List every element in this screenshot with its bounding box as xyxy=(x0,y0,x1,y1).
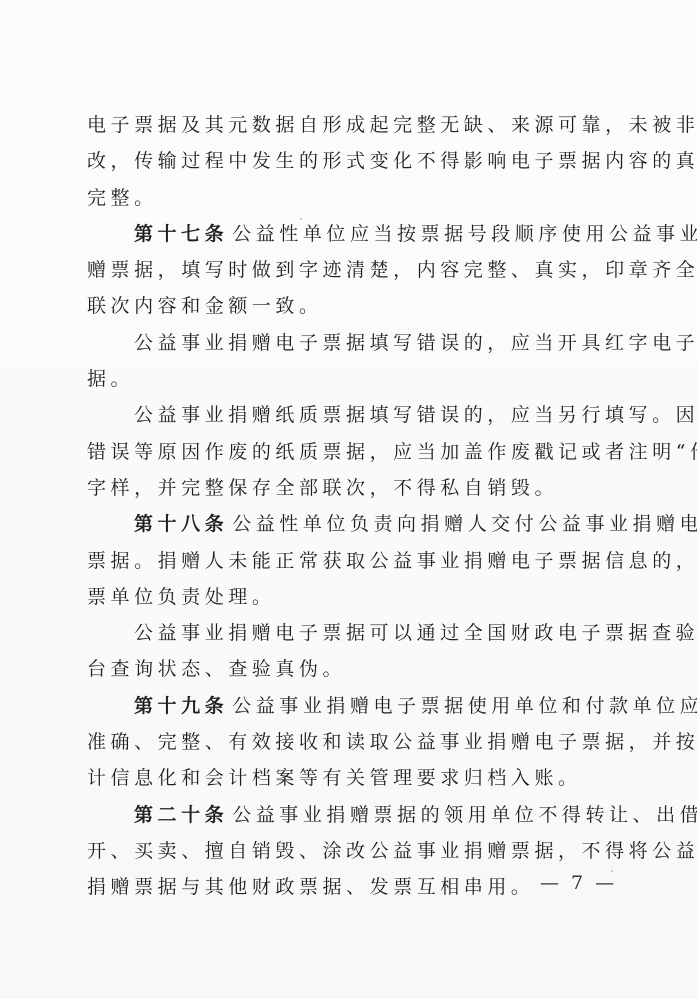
text-line: 改，传输过程中发生的形式变化不得影响电子票据内容的真实、 xyxy=(87,143,617,179)
line-text: 据。 xyxy=(87,368,134,390)
text-line-article-19: 第十九条公益事业捐赠电子票据使用单位和付款单位应当 xyxy=(87,688,617,724)
line-text: 公益事业捐赠电子票据可以通过全国财政电子票据查验平 xyxy=(134,622,697,644)
line-text: 公益性单位负责向捐赠人交付公益事业捐赠电子 xyxy=(232,513,697,535)
text-line: 公益事业捐赠电子票据可以通过全国财政电子票据查验平 xyxy=(87,615,617,651)
text-line: 字样，并完整保存全部联次，不得私自销毁。 xyxy=(87,470,617,506)
text-line-article-17: 第十七条公益性单位应当按票据号段顺序使用公益事业捐 xyxy=(87,216,617,252)
scan-speck xyxy=(611,870,613,872)
article-heading: 第十八条 xyxy=(134,513,228,535)
text-line: 开、买卖、擅自销毁、涂改公益事业捐赠票据，不得将公益事业 xyxy=(87,833,617,869)
line-text: 赠票据，填写时做到字迹清楚，内容完整、真实，印章齐全，各 xyxy=(87,259,697,281)
line-text: 公益事业捐赠票据的领用单位不得转让、出借、代 xyxy=(232,804,697,826)
line-text: 改，传输过程中发生的形式变化不得影响电子票据内容的真实、 xyxy=(87,150,697,172)
line-text: 完整。 xyxy=(87,187,158,209)
text-line: 捐赠票据与其他财政票据、发票互相串用。 xyxy=(87,869,617,905)
line-text: 计信息化和会计档案等有关管理要求归档入账。 xyxy=(87,767,582,789)
line-text: 错误等原因作废的纸质票据，应当加盖作废戳记或者注明“作废” xyxy=(87,441,697,463)
line-text: 公益事业捐赠电子票据填写错误的，应当开具红字电子票 xyxy=(134,332,697,354)
scan-speck xyxy=(300,218,302,220)
line-text: 公益事业捐赠电子票据使用单位和付款单位应当 xyxy=(232,695,697,717)
text-line: 错误等原因作废的纸质票据，应当加盖作废戳记或者注明“作废” xyxy=(87,434,617,470)
scan-speck xyxy=(612,700,614,702)
article-heading: 第十七条 xyxy=(134,223,228,245)
line-text: 电子票据及其元数据自形成起完整无缺、来源可靠，未被非法更 xyxy=(87,114,697,136)
text-line: 公益事业捐赠电子票据填写错误的，应当开具红字电子票 xyxy=(87,325,617,361)
line-text: 开、买卖、擅自销毁、涂改公益事业捐赠票据，不得将公益事业 xyxy=(87,840,697,862)
article-heading: 第十九条 xyxy=(134,695,228,717)
line-text: 捐赠票据与其他财政票据、发票互相串用。 xyxy=(87,876,534,898)
line-text: 准确、完整、有效接收和读取公益事业捐赠电子票据，并按照会 xyxy=(87,731,697,753)
article-heading: 第二十条 xyxy=(134,804,228,826)
text-line: 公益事业捐赠纸质票据填写错误的，应当另行填写。因填写 xyxy=(87,397,617,433)
text-line-article-20: 第二十条公益事业捐赠票据的领用单位不得转让、出借、代 xyxy=(87,797,617,833)
line-text: 公益事业捐赠纸质票据填写错误的，应当另行填写。因填写 xyxy=(134,404,697,426)
line-text: 票单位负责处理。 xyxy=(87,586,275,608)
text-line: 赠票据，填写时做到字迹清楚，内容完整、真实，印章齐全，各 xyxy=(87,252,617,288)
line-text: 公益性单位应当按票据号段顺序使用公益事业捐 xyxy=(232,223,697,245)
text-line: 联次内容和金额一致。 xyxy=(87,288,617,324)
text-line-article-18: 第十八条公益性单位负责向捐赠人交付公益事业捐赠电子 xyxy=(87,506,617,542)
document-page: 电子票据及其元数据自形成起完整无缺、来源可靠，未被非法更 改，传输过程中发生的形… xyxy=(0,0,697,999)
text-line: 电子票据及其元数据自形成起完整无缺、来源可靠，未被非法更 xyxy=(87,107,617,143)
line-text: 台查询状态、查验真伪。 xyxy=(87,658,346,680)
text-line: 准确、完整、有效接收和读取公益事业捐赠电子票据，并按照会 xyxy=(87,724,617,760)
line-text: 票据。捐赠人未能正常获取公益事业捐赠电子票据信息的，由开 xyxy=(87,550,697,572)
scan-speck xyxy=(610,640,612,642)
text-line: 计信息化和会计档案等有关管理要求归档入账。 xyxy=(87,760,617,796)
line-text: 字样，并完整保存全部联次，不得私自销毁。 xyxy=(87,477,558,499)
body-text: 电子票据及其元数据自形成起完整无缺、来源可靠，未被非法更 改，传输过程中发生的形… xyxy=(87,107,617,906)
text-line: 完整。 xyxy=(87,180,617,216)
line-text: 联次内容和金额一致。 xyxy=(87,295,323,317)
text-line: 据。 xyxy=(87,361,617,397)
text-line: 台查询状态、查验真伪。 xyxy=(87,651,617,687)
text-line: 票单位负责处理。 xyxy=(87,579,617,615)
page-number: — 7 — xyxy=(540,872,617,894)
text-line: 票据。捐赠人未能正常获取公益事业捐赠电子票据信息的，由开 xyxy=(87,543,617,579)
